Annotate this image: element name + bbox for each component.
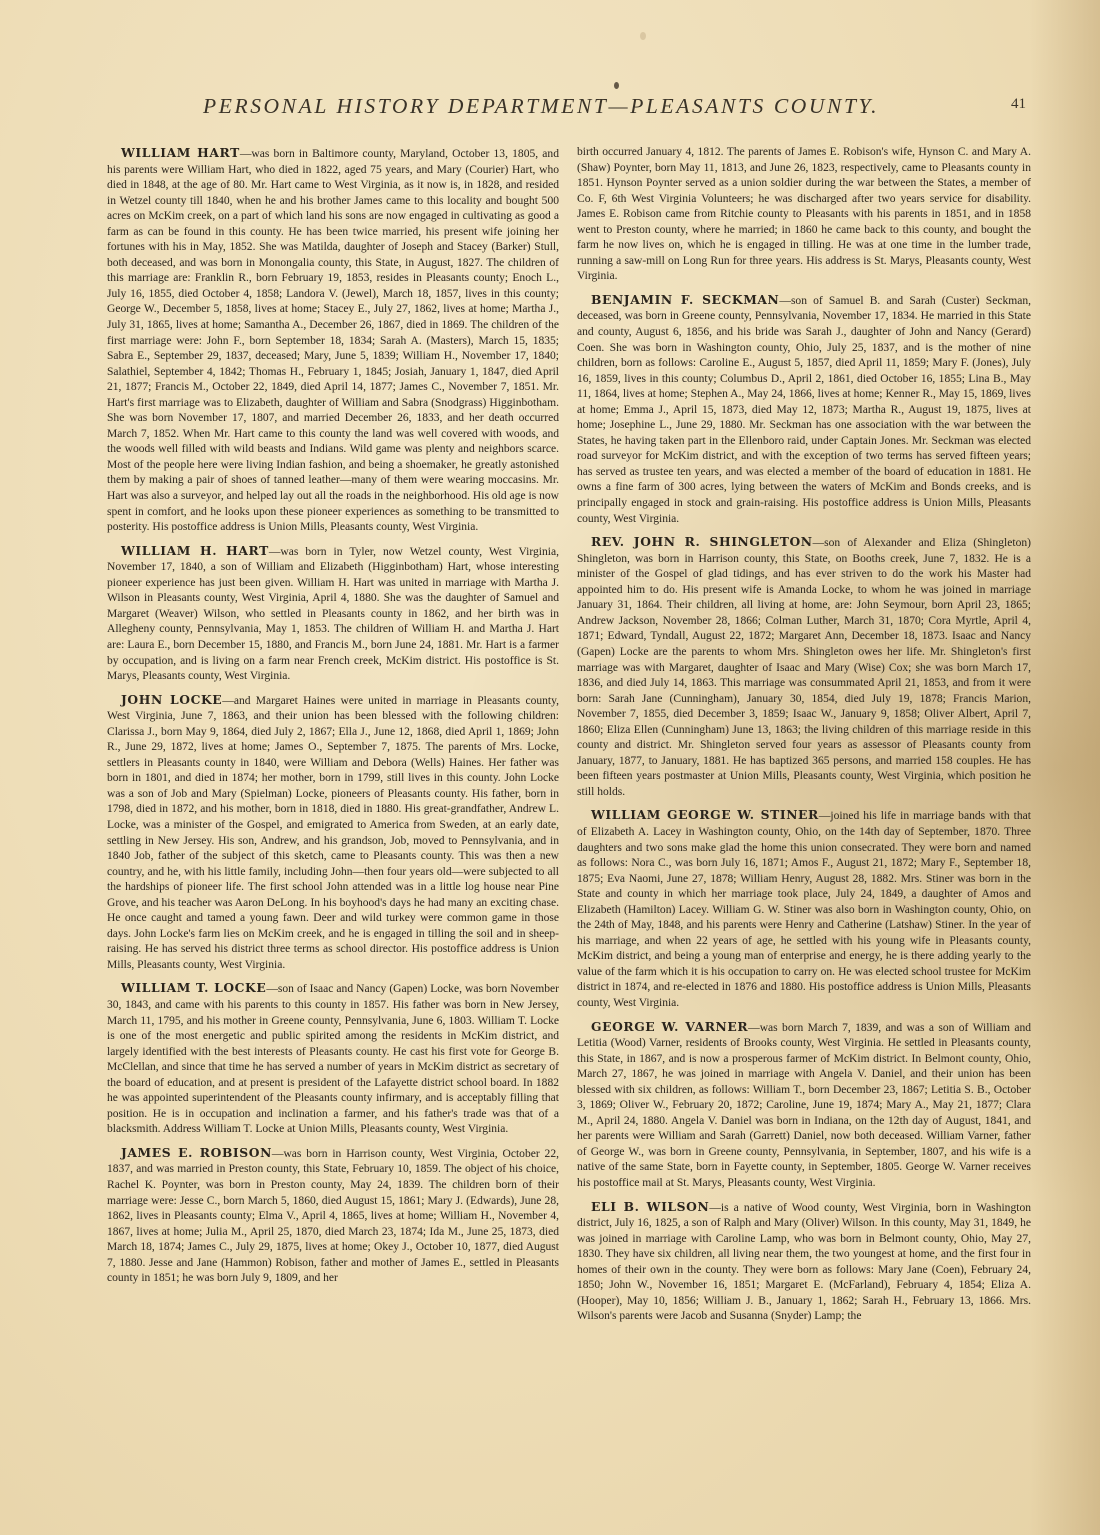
biography-entry: WILLIAM T. LOCKE—son of Isaac and Nancy … bbox=[107, 980, 559, 1137]
entry-text: —was born in Tyler, now Wetzel county, W… bbox=[107, 546, 559, 682]
biography-entry: GEORGE W. VARNER—was born March 7, 1839,… bbox=[577, 1019, 1031, 1192]
entry-text: birth occurred January 4, 1812. The pare… bbox=[577, 146, 1031, 282]
left-column: WILLIAM HART—was born in Baltimore count… bbox=[107, 145, 559, 1294]
entry-name: GEORGE W. VARNER bbox=[591, 1019, 748, 1034]
entry-text: —was born in Harrison county, West Virgi… bbox=[107, 1148, 559, 1284]
page-header: PERSONAL HISTORY DEPARTMENT—PLEASANTS CO… bbox=[0, 94, 1100, 122]
entry-text: —was born March 7, 1839, and was a son o… bbox=[577, 1022, 1031, 1189]
entry-text: —son of Alexander and Eliza (Shingleton)… bbox=[577, 537, 1031, 798]
biography-entry-continued: birth occurred January 4, 1812. The pare… bbox=[577, 145, 1031, 285]
page-edge-shadow bbox=[1030, 0, 1100, 1535]
entry-name: WILLIAM HART bbox=[121, 145, 240, 160]
entry-text: —was born in Baltimore county, Maryland,… bbox=[107, 148, 559, 533]
biography-entry: REV. JOHN R. SHINGLETON—son of Alexander… bbox=[577, 534, 1031, 800]
biography-entry: WILLIAM GEORGE W. STINER—joined his life… bbox=[577, 807, 1031, 1011]
biography-entry: JAMES E. ROBISON—was born in Harrison co… bbox=[107, 1145, 559, 1287]
biography-entry: BENJAMIN F. SECKMAN—son of Samuel B. and… bbox=[577, 292, 1031, 527]
entry-text: —is a native of Wood county, West Virgin… bbox=[577, 1202, 1031, 1323]
entry-name: WILLIAM T. LOCKE bbox=[121, 980, 266, 995]
entry-name: JOHN LOCKE bbox=[121, 692, 222, 707]
biography-entry: WILLIAM H. HART—was born in Tyler, now W… bbox=[107, 543, 559, 685]
entry-name: ELI B. WILSON bbox=[591, 1199, 709, 1214]
entry-name: BENJAMIN F. SECKMAN bbox=[591, 292, 779, 307]
biography-entry: WILLIAM HART—was born in Baltimore count… bbox=[107, 145, 559, 536]
page-number: 41 bbox=[1011, 96, 1026, 113]
entry-name: WILLIAM H. HART bbox=[121, 543, 269, 558]
entry-text: —and Margaret Haines were united in marr… bbox=[107, 695, 559, 971]
entry-text: —son of Samuel B. and Sarah (Custer) Sec… bbox=[577, 295, 1031, 525]
biography-entry: JOHN LOCKE—and Margaret Haines were unit… bbox=[107, 692, 559, 974]
running-title: PERSONAL HISTORY DEPARTMENT—PLEASANTS CO… bbox=[203, 94, 879, 119]
entry-name: JAMES E. ROBISON bbox=[121, 1145, 272, 1160]
entry-text: —son of Isaac and Nancy (Gapen) Locke, w… bbox=[107, 983, 559, 1135]
entry-name: REV. JOHN R. SHINGLETON bbox=[591, 534, 813, 549]
biography-entry: ELI B. WILSON—is a native of Wood county… bbox=[577, 1199, 1031, 1325]
entry-text: —joined his life in marriage bands with … bbox=[577, 810, 1031, 1009]
ink-spot bbox=[640, 32, 646, 40]
entry-name: WILLIAM GEORGE W. STINER bbox=[591, 807, 819, 822]
ink-spot bbox=[614, 82, 619, 89]
right-column: birth occurred January 4, 1812. The pare… bbox=[577, 145, 1031, 1332]
